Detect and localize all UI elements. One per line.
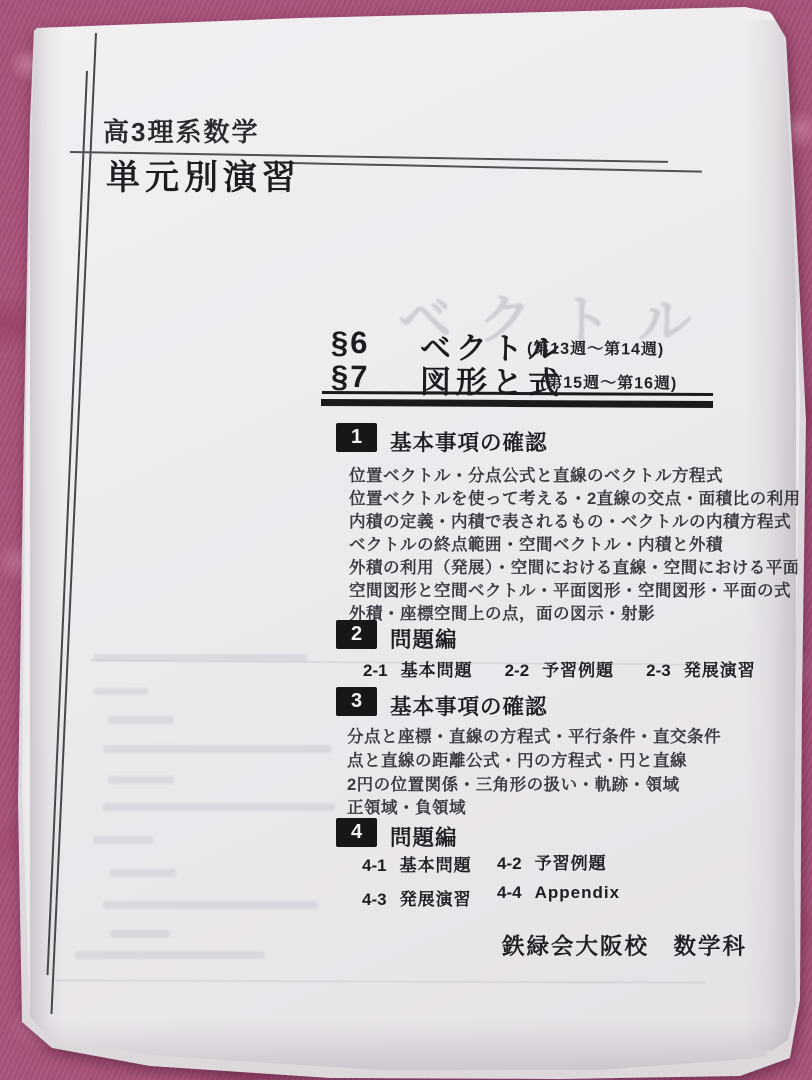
paper-left-curl-shade xyxy=(30,28,64,1040)
course-label: 高3理系数学 xyxy=(103,112,259,149)
bleed-through-artifact xyxy=(103,745,331,753)
photo-canvas: { "doc": { "course": "高3理系数学", "title": … xyxy=(0,0,812,1080)
bleed-through-artifact xyxy=(103,803,335,811)
toc-item: 点と直線の距離公式・円の方程式・円と直線 xyxy=(347,747,687,771)
subitem-number: 4-2 xyxy=(497,854,522,874)
subitem-label: 基本問題 xyxy=(400,851,472,876)
section-badge-3: 3 xyxy=(336,687,377,716)
section-heading-4: 問題編 xyxy=(390,821,458,852)
subitem-label: 予習例題 xyxy=(535,849,607,874)
publisher-credit: 鉄緑会大阪校 数学科 xyxy=(502,929,747,961)
bleed-through-artifact xyxy=(110,869,176,877)
banner-section-weeks: (第13週～第14週) xyxy=(527,335,664,359)
toc-item: 外積の利用（発展）・空間における直線・空間における平面 xyxy=(349,554,800,578)
bleed-through-artifact xyxy=(108,716,174,724)
subitem-number: 4-4 xyxy=(497,883,522,903)
subitem-number: 4-3 xyxy=(362,890,387,910)
subitem: 4-1 基本問題 xyxy=(362,851,472,876)
subitem-label: 発展演習 xyxy=(684,656,756,681)
banner-section-number: §6 xyxy=(331,325,370,361)
bleed-through-artifact xyxy=(93,654,308,661)
subitem-label: 基本問題 xyxy=(401,656,473,681)
bleed-through-artifact xyxy=(110,930,170,938)
section-heading-2: 問題編 xyxy=(390,623,458,654)
toc-item: 空間図形と空間ベクトル・平面図形・空間図形・平面の式 xyxy=(349,577,791,601)
subitem-label: 予習例題 xyxy=(542,656,614,681)
bleed-through-artifact xyxy=(75,951,265,959)
bleed-through-artifact xyxy=(103,901,318,909)
document-page: 高3理系数学 単元別演習 ベクトル §6 ベクトル (第13週～第14週) §7… xyxy=(0,0,812,1080)
section-heading-3: 基本事項の確認 xyxy=(390,690,548,721)
subitem: 4-2 予習例題 xyxy=(497,849,607,874)
section-badge-2: 2 xyxy=(336,620,377,649)
toc-item: 外積・座標空間上の点，面の図示・射影 xyxy=(349,600,655,624)
toc-item: 正領域・負領域 xyxy=(347,794,466,818)
subitem: 2-1 基本問題 xyxy=(363,656,473,681)
bleed-through-artifact xyxy=(108,776,174,784)
toc-item: 分点と座標・直線の方程式・平行条件・直交条件 xyxy=(347,723,721,747)
section-heading-1: 基本事項の確認 xyxy=(390,426,548,457)
subitem-row: 2-1 基本問題 2-2 予習例題 2-3 発展演習 xyxy=(363,656,756,681)
subitem: 4-4 Appendix xyxy=(497,883,620,903)
subitem-number: 2-2 xyxy=(505,661,530,681)
subitem: 2-3 発展演習 xyxy=(646,656,756,681)
page-title: 単元別演習 xyxy=(106,150,301,199)
banner-rule-thick xyxy=(321,399,713,408)
header-rule-lower xyxy=(290,162,702,173)
section-badge-4: 4 xyxy=(336,818,377,847)
toc-item: 位置ベクトル・分点公式と直線のベクトル方程式 xyxy=(349,462,723,486)
toc-item: ベクトルの終点範囲・空間ベクトル・内積と外積 xyxy=(349,531,723,555)
subitem-number: 4-1 xyxy=(362,856,387,876)
subitem: 4-3 発展演習 xyxy=(362,885,472,910)
subitem-number: 2-1 xyxy=(363,661,388,681)
banner-section-weeks: (第15週～第16週) xyxy=(540,369,677,393)
subitem: 2-2 予習例題 xyxy=(505,656,615,681)
bleed-through-artifact xyxy=(93,836,153,844)
subitem-label: 発展演習 xyxy=(400,885,472,910)
booklet: 高3理系数学 単元別演習 ベクトル §6 ベクトル (第13週～第14週) §7… xyxy=(0,0,812,1080)
toc-item: 位置ベクトルを使って考える・2直線の交点・面積比の利用 xyxy=(349,485,801,509)
subitem-label: Appendix xyxy=(535,883,620,903)
paper-right-edge-shade xyxy=(744,20,796,1050)
banner-section-number: §7 xyxy=(331,359,370,395)
toc-item: 2円の位置関係・三角形の扱い・軌跡・領域 xyxy=(347,771,680,795)
toc-item: 内積の定義・内積で表されるもの・ベクトルの内積方程式 xyxy=(349,508,791,532)
bleed-through-artifact xyxy=(93,688,148,695)
bleed-through-line xyxy=(55,980,705,983)
section-badge-1: 1 xyxy=(336,423,377,452)
